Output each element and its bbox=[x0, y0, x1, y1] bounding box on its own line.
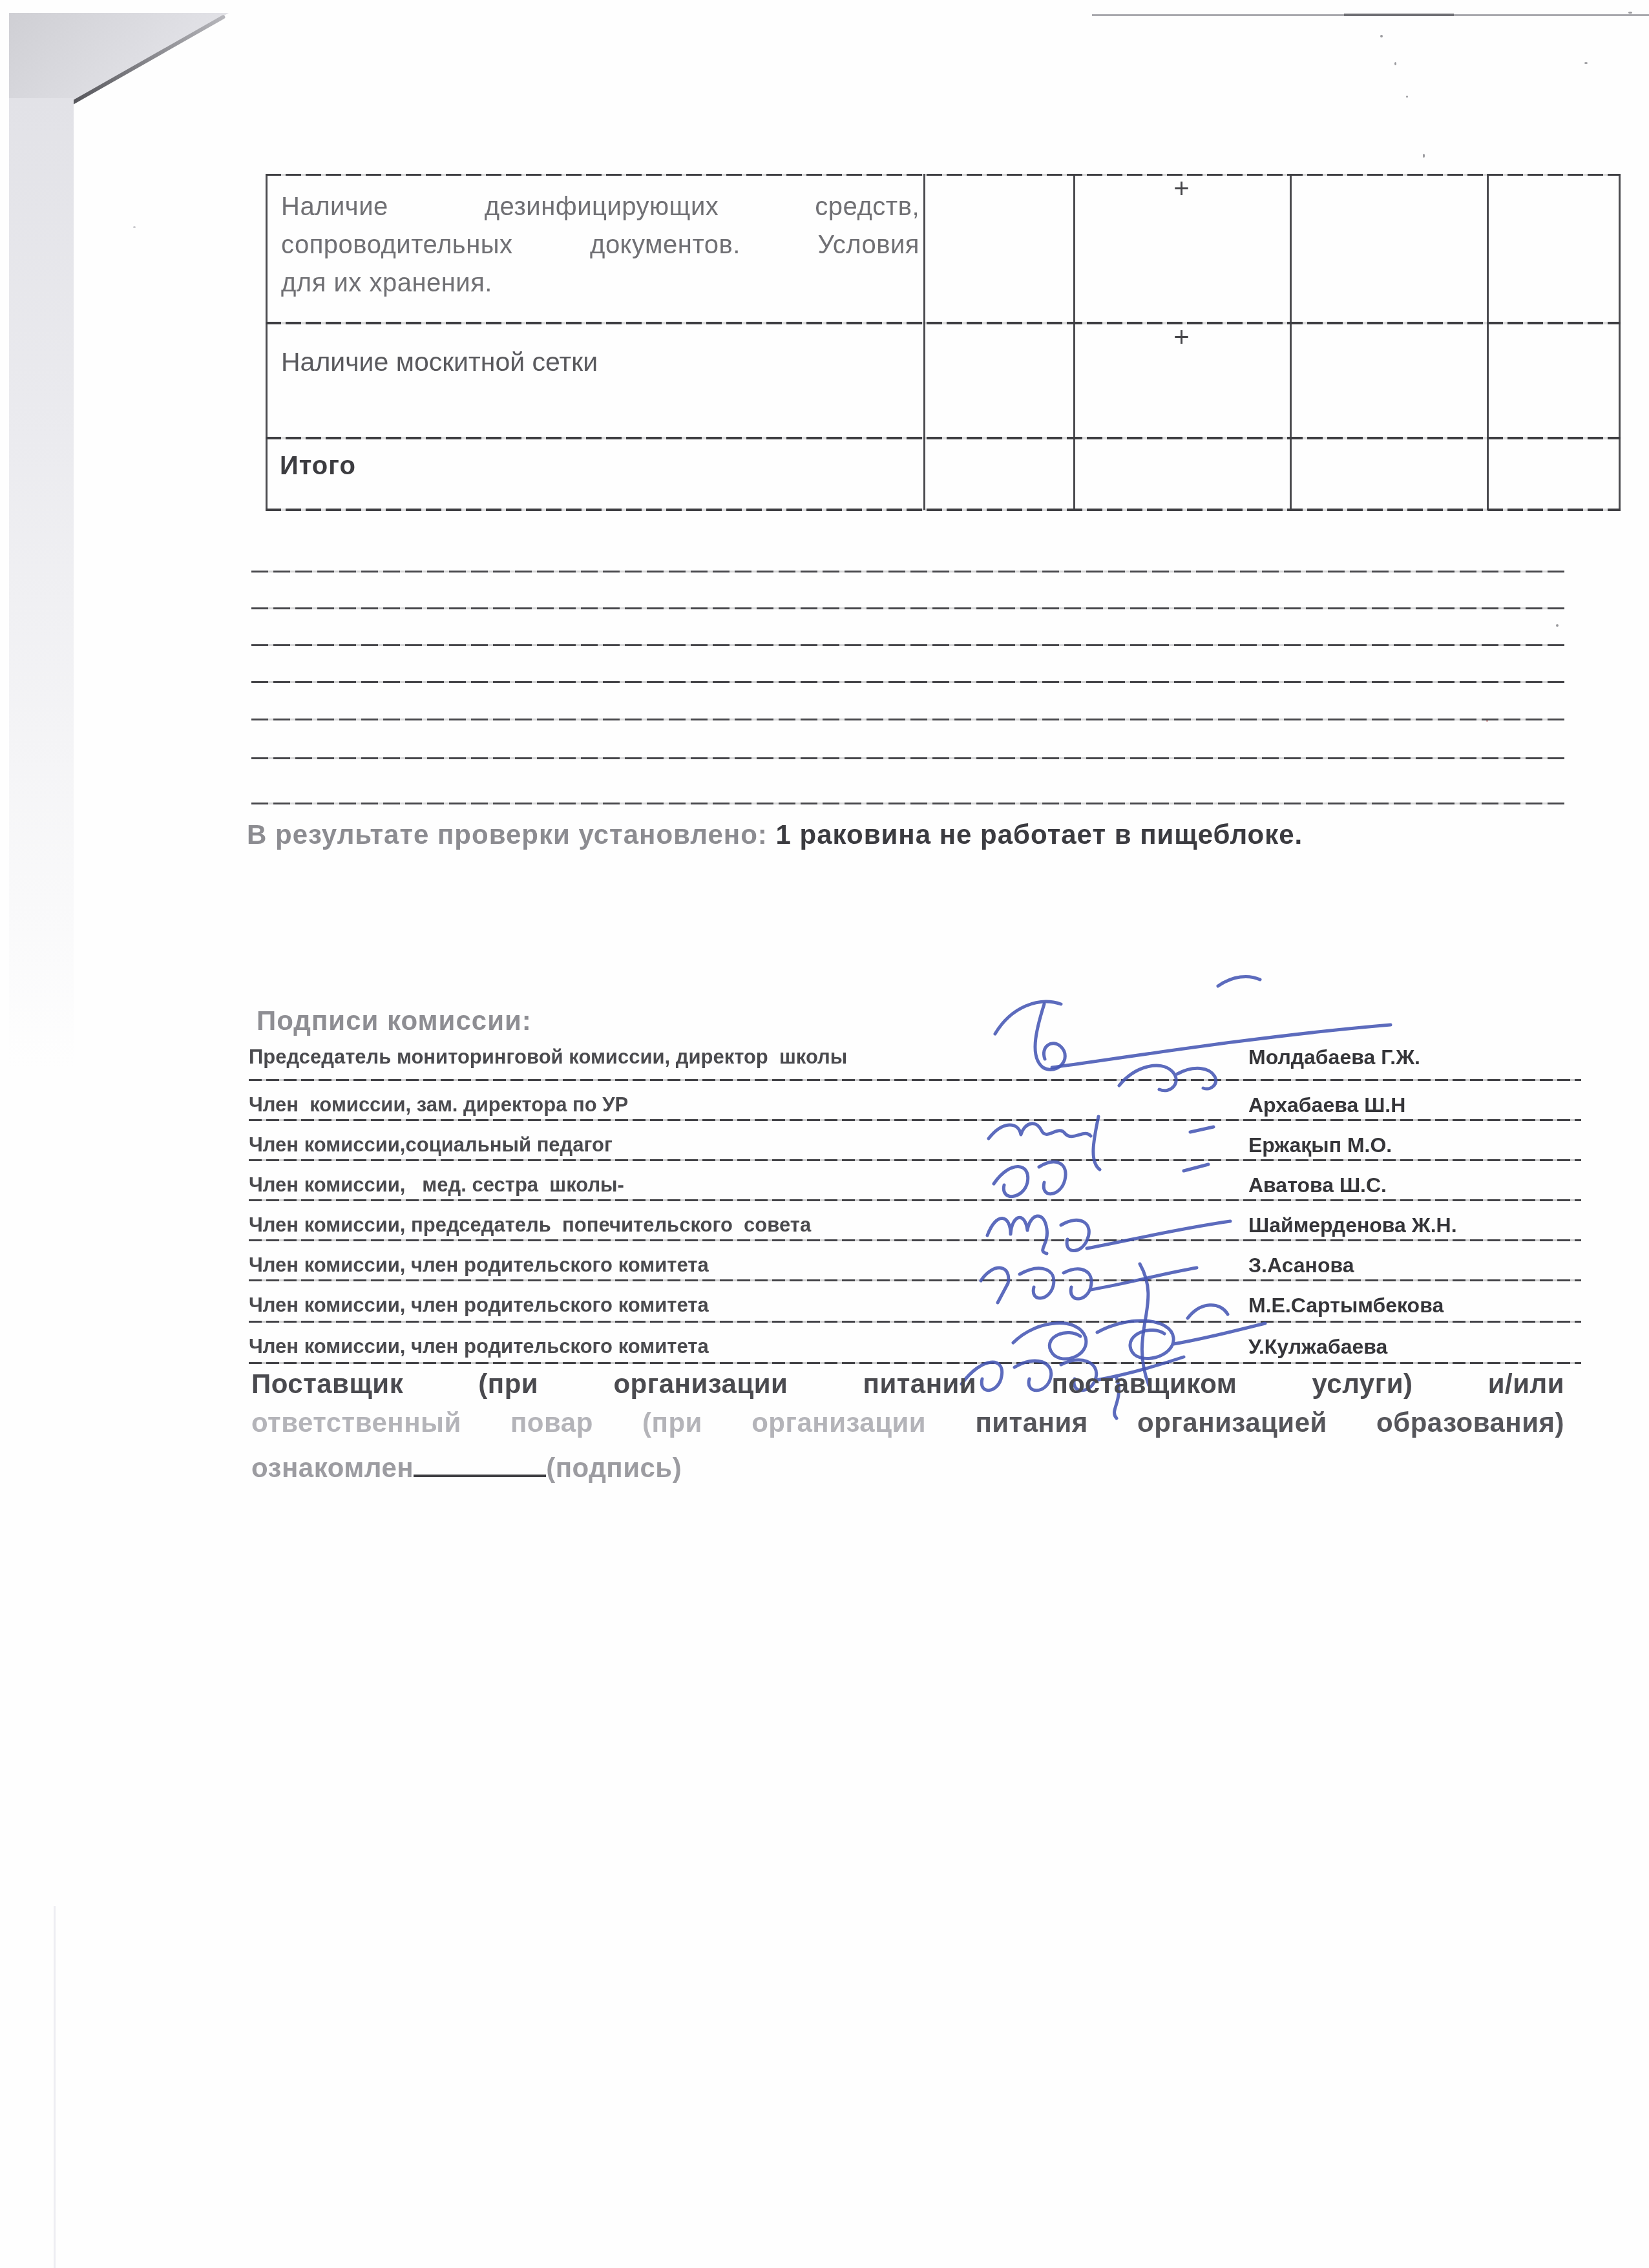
member-role: Председатель мониторинговой комиссии, ди… bbox=[249, 1045, 847, 1069]
dust-speck bbox=[1380, 35, 1383, 37]
table-border bbox=[1619, 174, 1621, 510]
blank-writing-line bbox=[251, 644, 1564, 646]
table-border bbox=[923, 174, 925, 510]
dust-speck bbox=[1423, 154, 1425, 158]
dust-speck bbox=[1406, 96, 1408, 98]
blank-writing-line bbox=[251, 803, 1564, 804]
member-role: Член комиссии,социальный педагог bbox=[249, 1133, 613, 1157]
supplier-ack-line2-faded: ответственный повар (при организации bbox=[251, 1407, 975, 1438]
member-role: Член комиссии, зам. директора по УР bbox=[249, 1093, 628, 1117]
blank-writing-line bbox=[251, 681, 1564, 683]
signature-blank-underline bbox=[414, 1447, 546, 1477]
table-total-label: Итого bbox=[280, 452, 356, 481]
blank-writing-line bbox=[251, 757, 1564, 759]
member-role: Член комиссии, член родительского комите… bbox=[249, 1254, 709, 1277]
scan-corner-shadow bbox=[9, 13, 229, 103]
signature-caption: (подпись) bbox=[546, 1453, 682, 1483]
dust-speck bbox=[133, 226, 136, 228]
scanned-inspection-report-page: Наличие дезинфицирующих средств, сопрово… bbox=[0, 0, 1649, 2268]
inspection-result-line: В результате проверки установлено: 1 рак… bbox=[247, 819, 1303, 850]
result-text-faded: В результате проверки установлено: bbox=[247, 819, 776, 850]
table-border bbox=[1487, 174, 1489, 510]
signatures-heading: Подписи комиссии: bbox=[257, 1005, 532, 1036]
supplier-ack-line1: Поставщик (при организации питании поста… bbox=[251, 1369, 1564, 1400]
table-border bbox=[266, 509, 1621, 511]
member-role: Член комиссии, член родительского комите… bbox=[249, 1294, 709, 1317]
member-role: Член комиссии, член родительского комите… bbox=[249, 1335, 709, 1358]
member-role: Член комиссии, мед. сестра школы- bbox=[249, 1173, 624, 1197]
member-role: Член комиссии, председатель попечительск… bbox=[249, 1213, 811, 1237]
supplier-ack-line2: ответственный повар (при организации пит… bbox=[251, 1407, 1564, 1438]
blank-writing-line bbox=[251, 719, 1564, 720]
result-text: 1 раковина не работает в пищеблоке. bbox=[776, 819, 1303, 850]
blank-writing-line bbox=[251, 571, 1564, 572]
dust-speck bbox=[1556, 624, 1559, 627]
table-cell-line: сопроводительных документов. Условия bbox=[281, 226, 919, 264]
table-border bbox=[1290, 174, 1292, 510]
dust-speck bbox=[1394, 62, 1396, 65]
blank-writing-line bbox=[251, 607, 1564, 609]
scan-left-faint-line bbox=[54, 1906, 56, 2268]
supplier-ack-line3: ознакомлен(подпись) bbox=[251, 1447, 1564, 1484]
dust-speck bbox=[1628, 12, 1632, 14]
acknowledged-word: ознакомлен bbox=[251, 1453, 414, 1483]
dust-speck bbox=[1584, 62, 1588, 64]
handwritten-signatures-ink bbox=[892, 969, 1422, 1422]
table-border bbox=[266, 174, 268, 510]
table-cell-line: Наличие москитной сетки bbox=[281, 347, 919, 377]
check-mark-plus: + bbox=[1073, 173, 1290, 204]
scan-left-shadow-band bbox=[9, 98, 74, 1067]
table-border bbox=[266, 174, 1621, 176]
table-row-separator bbox=[266, 322, 1621, 324]
scan-top-edge-dark-segment bbox=[1344, 14, 1454, 16]
table-cell-line: Наличие дезинфицирующих средств, bbox=[281, 188, 919, 226]
supplier-ack-line2-rest: питания организацией образования) bbox=[975, 1407, 1564, 1438]
table-row-separator bbox=[266, 437, 1621, 439]
table-cell-line: для их хранения. bbox=[281, 264, 919, 302]
check-mark-plus: + bbox=[1073, 322, 1290, 353]
